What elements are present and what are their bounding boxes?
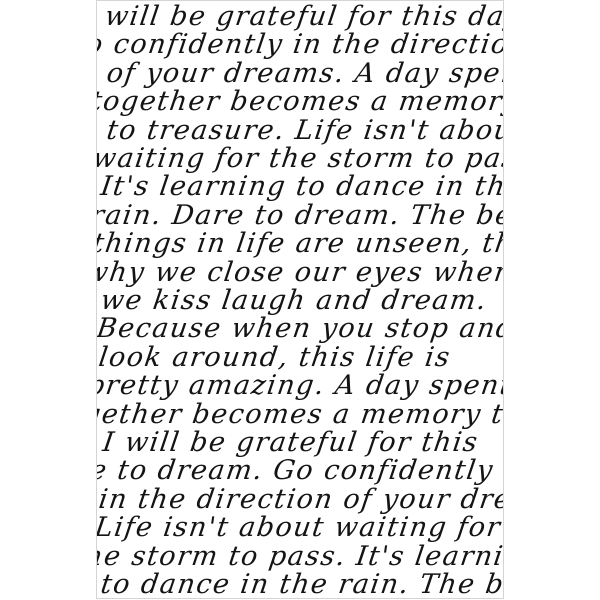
- script-line: look around, this life is: [97, 344, 453, 371]
- script-line: together becomes a memory to treasure: [96, 401, 504, 428]
- script-line: Because when you stop and: [96, 315, 504, 342]
- script-line: why we close our eyes when: [96, 259, 504, 286]
- script-line: in the direction of your dreams: [97, 486, 504, 513]
- script-line: I will be grateful for this: [101, 429, 480, 456]
- script-line: Go confidently in the direction: [96, 31, 504, 58]
- script-line: things in life are unseen, that's: [96, 230, 504, 257]
- script-line: to treasure. Life isn't about: [105, 117, 504, 144]
- script-line: Life isn't about waiting for: [96, 514, 503, 541]
- script-line: to dance in the rain. The best: [99, 571, 504, 598]
- product-image-stage: I will be grateful for this day Go confi…: [0, 0, 600, 600]
- script-line: of your dreams. A day spent: [105, 60, 504, 87]
- script-text-panel: I will be grateful for this day Go confi…: [96, 0, 504, 599]
- script-line: together becomes a memory: [96, 88, 504, 115]
- script-line: rain. Dare to dream. The best: [96, 202, 504, 229]
- script-line: pretty amazing. A day spent: [96, 372, 504, 399]
- script-line: we kiss laugh and dream.: [99, 287, 489, 314]
- script-line: the storm to pass. It's learning: [96, 543, 504, 570]
- script-line: It's learning to dance in the: [99, 173, 504, 200]
- script-line: I will be grateful for this day: [96, 3, 504, 30]
- script-line: Dare to dream. Go confidently: [96, 457, 496, 484]
- script-line: waiting for the storm to pass.: [96, 145, 504, 172]
